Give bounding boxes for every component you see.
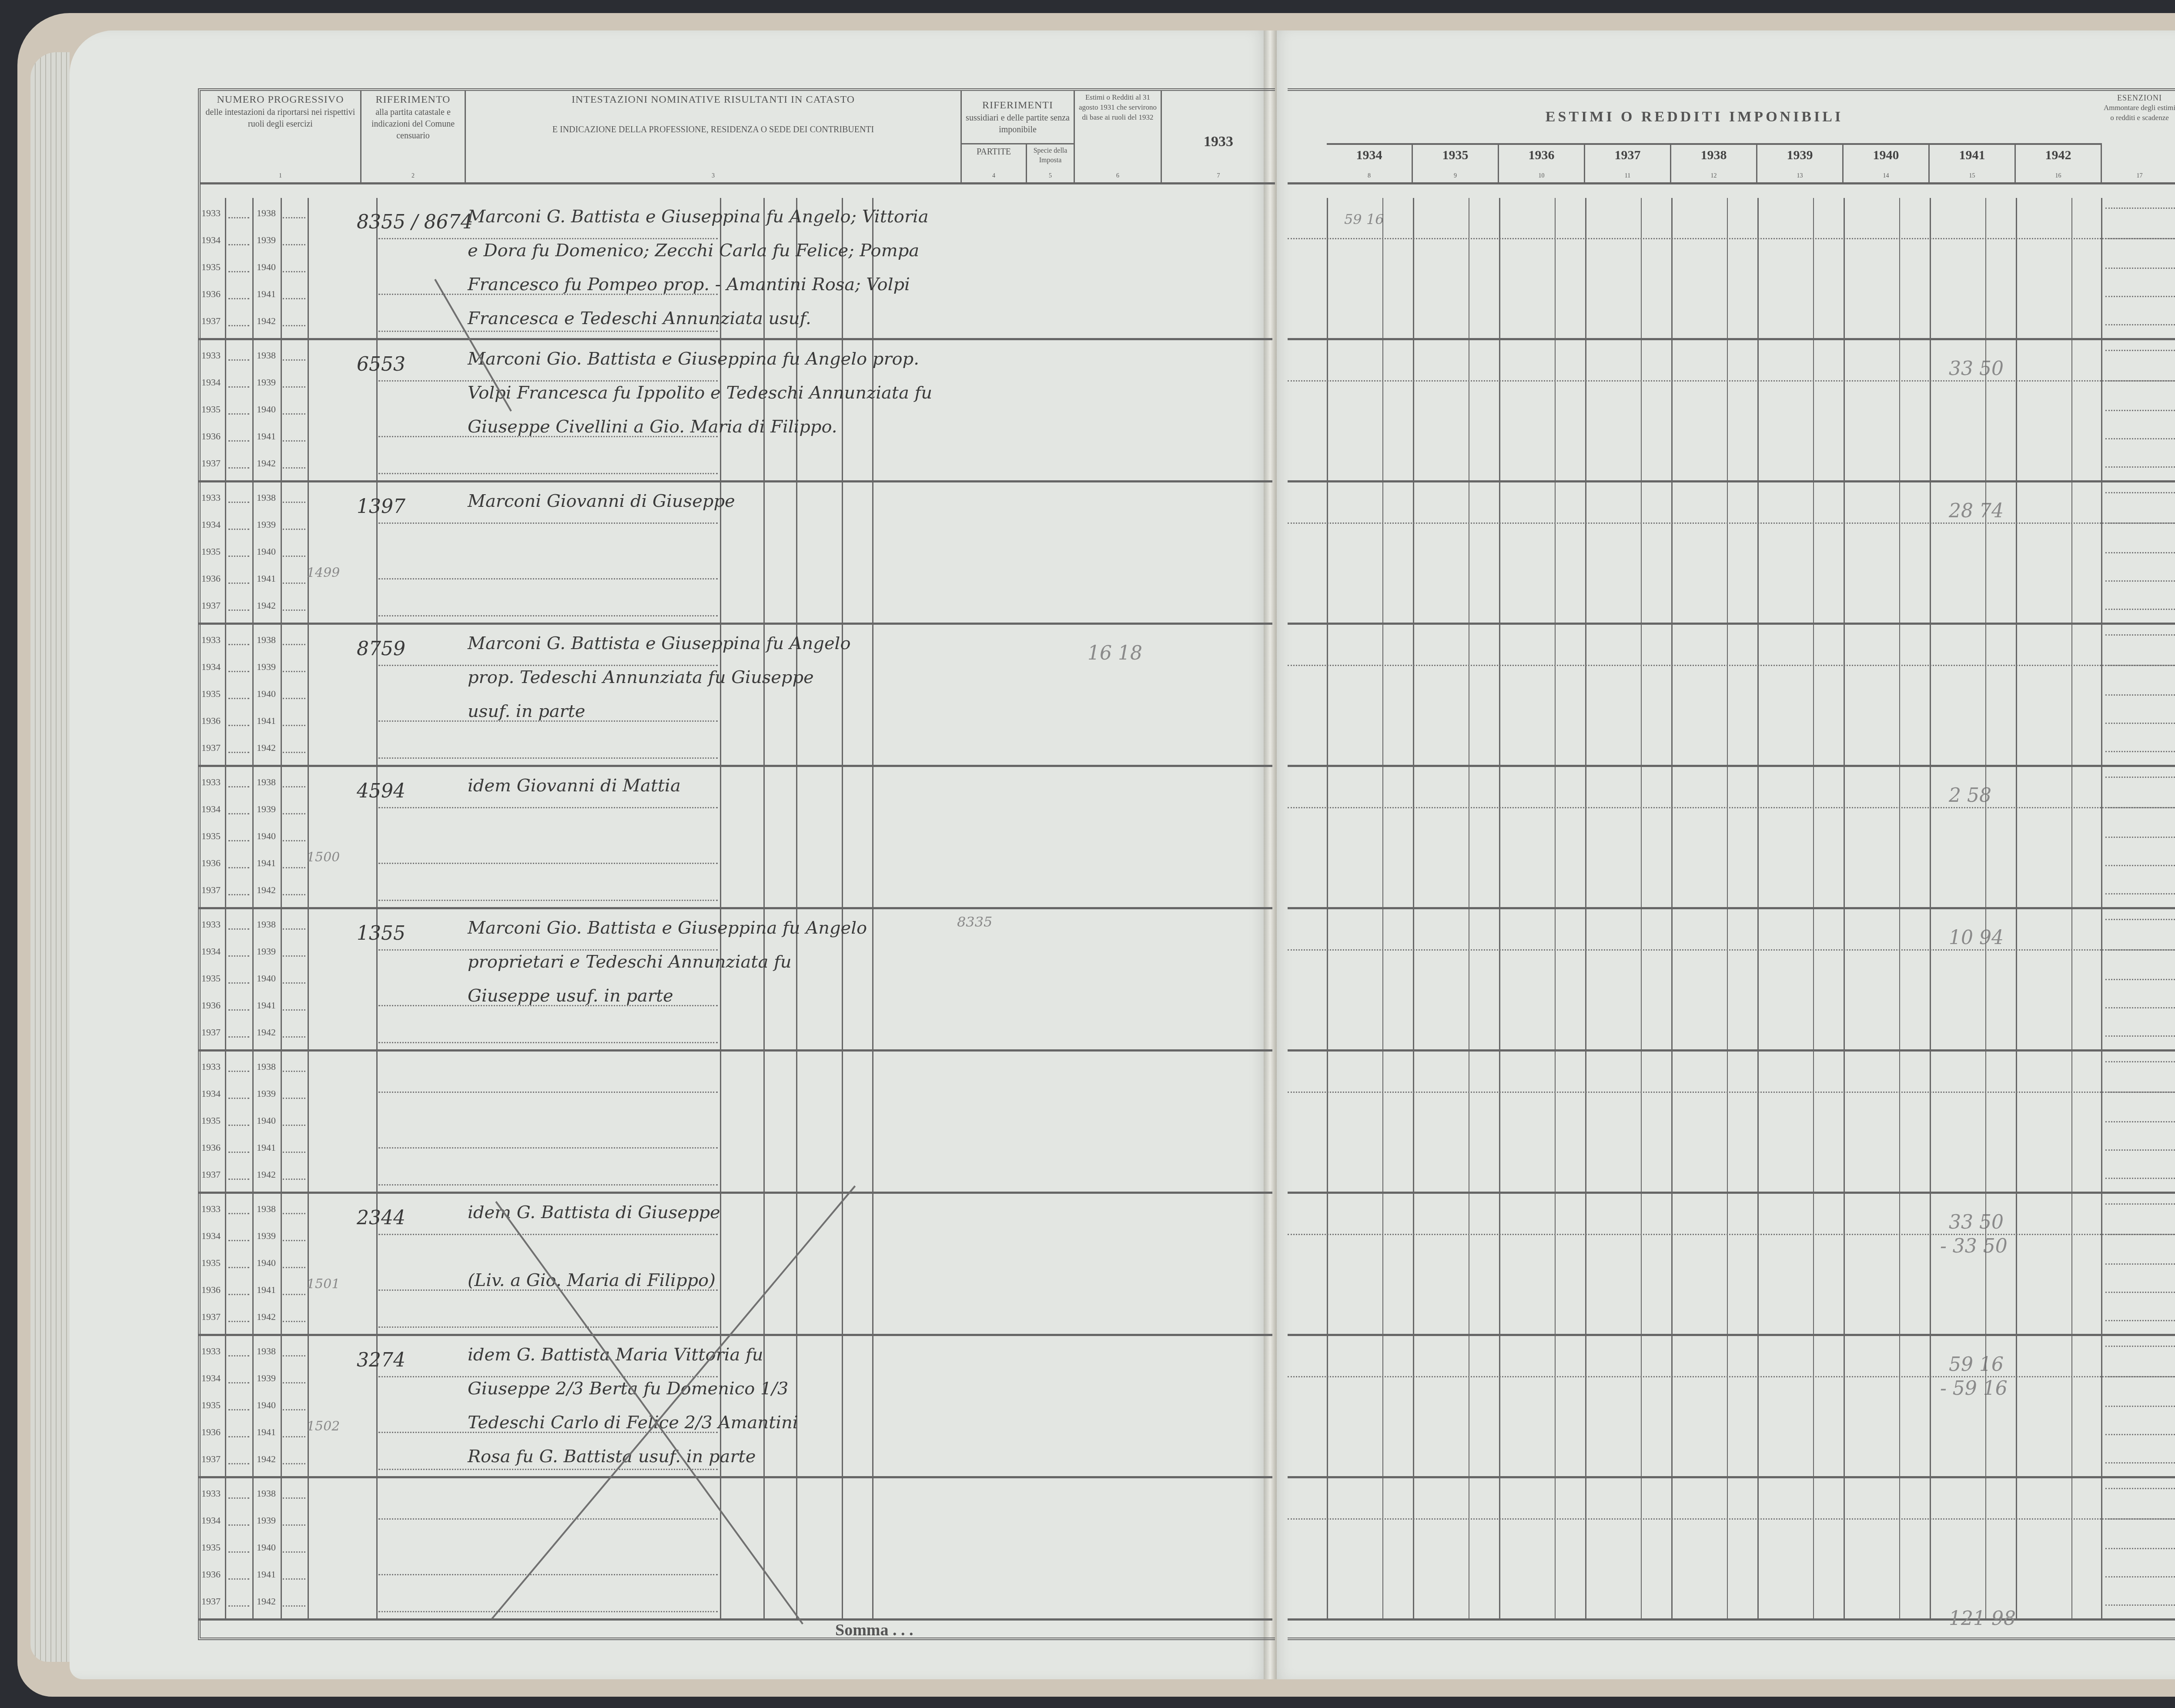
cents-rule	[1727, 1478, 1728, 1618]
register-entry-amounts	[1288, 340, 2175, 482]
exemption-line	[2105, 1346, 2175, 1347]
year-label: 1938	[257, 1488, 276, 1499]
header-year-1940: 194014	[1844, 143, 1930, 182]
column-rule	[225, 767, 226, 907]
dotted-rule	[228, 982, 249, 984]
exemption-line	[2105, 1234, 2175, 1235]
column-rule	[763, 482, 765, 623]
column-rule	[2101, 1194, 2102, 1334]
column-rule	[225, 482, 226, 623]
year-label: 1941	[257, 1142, 276, 1153]
year-label: 1935	[201, 546, 221, 557]
column-rule	[1930, 1336, 1931, 1476]
exemption-line	[2105, 208, 2175, 209]
progressive-number: 1500	[307, 850, 340, 865]
name-line	[378, 578, 718, 579]
cents-rule	[1469, 198, 1469, 338]
year-label: 1940	[257, 688, 276, 700]
dotted-rule	[228, 786, 249, 787]
exemption-line	[2105, 777, 2175, 778]
exemption-line	[2105, 552, 2175, 553]
column-rule	[1413, 198, 1414, 338]
column-rule	[1930, 1478, 1931, 1618]
cents-rule	[1382, 767, 1383, 907]
register-entry: 1933193819341939193519401936194119371942	[198, 1478, 1272, 1621]
cadastral-reference: 6553	[357, 353, 405, 375]
exemption-line	[2105, 865, 2175, 866]
column-rule	[1671, 1194, 1673, 1334]
dotted-rule	[283, 386, 305, 388]
column-rule	[252, 625, 254, 765]
name-line	[378, 1092, 718, 1093]
header-taxable-income-group: ESTIMI O REDDITI IMPONIBILI	[1288, 91, 2101, 143]
cents-rule	[1641, 482, 1642, 623]
column-rule	[796, 1478, 797, 1618]
column-rule	[2101, 1052, 2102, 1192]
column-rule	[1671, 625, 1673, 765]
column-rule	[2016, 1336, 2017, 1476]
year-label: 1934	[201, 946, 221, 957]
column-rule	[1671, 909, 1673, 1049]
cents-rule	[1813, 1052, 1814, 1192]
cents-rule	[1469, 1336, 1469, 1476]
exemption-line	[2105, 1434, 2175, 1435]
name-line	[378, 665, 718, 666]
exemption-line	[2105, 1061, 2175, 1062]
column-rule	[1585, 198, 1586, 338]
cents-rule	[1555, 767, 1556, 907]
dotted-rule	[228, 1213, 249, 1214]
column-rule	[225, 198, 226, 338]
column-rule	[252, 340, 254, 480]
cents-rule	[1985, 340, 1986, 480]
cents-rule	[1813, 1336, 1814, 1476]
amount-line	[1288, 1234, 2175, 1235]
column-rule	[1413, 1336, 1414, 1476]
year-label: 1933	[201, 634, 221, 646]
name-line	[378, 757, 718, 759]
dotted-rule	[283, 359, 305, 361]
column-rule	[763, 767, 765, 907]
year-label: 1936	[201, 573, 221, 584]
cents-rule	[1382, 1194, 1383, 1334]
year-label: 1936	[201, 857, 221, 869]
exemption-line	[2105, 1292, 2175, 1293]
column-rule	[225, 1052, 226, 1192]
holder-name-line: proprietari e Tedeschi Annunziata fu	[468, 952, 792, 972]
column-rule	[1499, 1052, 1500, 1192]
column-rule	[720, 1052, 721, 1192]
column-rule	[225, 1336, 226, 1476]
exemption-line	[2105, 1320, 2175, 1321]
exemption-line	[2105, 609, 2175, 610]
column-rule	[1757, 767, 1759, 907]
column-rule	[281, 625, 282, 765]
header-year-1938: 193812	[1671, 143, 1757, 182]
column-rule	[2016, 767, 2017, 907]
dotted-rule	[283, 867, 305, 868]
year-label: 1937	[201, 1027, 221, 1038]
column-rule	[225, 340, 226, 480]
cents-rule	[1555, 625, 1556, 765]
cents-rule	[1985, 1336, 1986, 1476]
column-rule	[1844, 340, 1845, 480]
year-label: 1940	[257, 546, 276, 557]
dotted-rule	[228, 1294, 249, 1295]
year-label: 1942	[257, 1311, 276, 1323]
dotted-rule	[283, 786, 305, 787]
holder-name-line: Francesca e Tedeschi Annunziata usuf.	[468, 308, 811, 328]
exemption-line	[2105, 1263, 2175, 1265]
dotted-rule	[283, 1355, 305, 1356]
cents-rule	[1469, 767, 1469, 907]
dotted-rule	[283, 1009, 305, 1011]
column-rule	[796, 1052, 797, 1192]
dotted-rule	[283, 1240, 305, 1241]
year-label: 1940	[257, 831, 276, 842]
cents-rule	[1555, 1478, 1556, 1618]
year-label: 1938	[257, 777, 276, 788]
year-label: 1934	[201, 234, 221, 246]
column-rule	[1671, 340, 1673, 480]
dotted-rule	[283, 813, 305, 814]
cents-rule	[1641, 625, 1642, 765]
dotted-rule	[228, 1578, 249, 1580]
name-line	[378, 1147, 718, 1149]
register-entry-amounts	[1288, 767, 2175, 909]
header-year-1939: 193913	[1757, 143, 1844, 182]
column-rule	[308, 1194, 309, 1334]
dotted-rule	[228, 413, 249, 415]
cents-rule	[2071, 198, 2072, 338]
holder-name-line: Marconi Gio. Battista e Giuseppina fu An…	[468, 349, 919, 369]
dotted-rule	[283, 1409, 305, 1410]
year-label: 1940	[257, 1400, 276, 1411]
exemption-line	[2105, 1604, 2175, 1606]
year-label: 1941	[257, 288, 276, 300]
column-rule	[1499, 625, 1500, 765]
header-progressive-number: NUMERO PROGRESSIVO delle intestazioni da…	[201, 91, 361, 182]
column-rule	[1844, 767, 1845, 907]
page-edges-left	[30, 52, 70, 1662]
column-rule	[1327, 909, 1328, 1049]
column-rule	[281, 340, 282, 480]
year-label: 1936	[201, 288, 221, 300]
dotted-rule	[228, 752, 249, 753]
exemption-line	[2105, 1518, 2175, 1520]
cents-rule	[1899, 909, 1900, 1049]
exemption-line	[2105, 1007, 2175, 1008]
column-rule	[1499, 1194, 1500, 1334]
holder-name-line: Francesco fu Pompeo prop. - Amantini Ros…	[468, 275, 910, 295]
dotted-rule	[228, 671, 249, 672]
cents-rule	[1899, 1336, 1900, 1476]
column-rule	[308, 1052, 309, 1192]
dotted-rule	[228, 1009, 249, 1011]
dotted-rule	[283, 1605, 305, 1607]
dotted-rule	[283, 698, 305, 699]
column-rule	[763, 1336, 765, 1476]
exemption-line	[2105, 492, 2175, 493]
cadastral-reference: 8759	[357, 638, 405, 660]
year-label: 1935	[201, 404, 221, 415]
column-rule	[1499, 1336, 1500, 1476]
header-cadastral-reference: RIFERIMENTO alla partita catastale e ind…	[361, 91, 466, 182]
name-line	[378, 1518, 718, 1520]
column-rule	[1585, 767, 1586, 907]
column-rule	[842, 1052, 843, 1192]
cents-rule	[1469, 340, 1469, 480]
column-rule	[1930, 1052, 1931, 1192]
dotted-rule	[228, 244, 249, 245]
year-label: 1939	[257, 1515, 276, 1526]
column-rule	[2101, 1336, 2102, 1476]
header-estimates-1931: Estimi o Redditi al 31 agosto 1931 che s…	[1075, 91, 1162, 182]
cents-rule	[1555, 909, 1556, 1049]
exemption-line	[2105, 1488, 2175, 1489]
column-rule	[308, 482, 309, 623]
column-rule	[281, 1194, 282, 1334]
header-separator	[201, 182, 1275, 184]
dotted-rule	[283, 1578, 305, 1580]
column-rule	[308, 1478, 309, 1618]
cents-rule	[1985, 198, 1986, 338]
year-label: 1935	[201, 973, 221, 984]
dotted-rule	[228, 556, 249, 557]
column-rule	[281, 1478, 282, 1618]
column-rule	[1844, 625, 1845, 765]
exemption-line	[2105, 807, 2175, 808]
dotted-rule	[228, 502, 249, 503]
dotted-rule	[228, 725, 249, 726]
column-rule	[1327, 1194, 1328, 1334]
dotted-rule	[228, 529, 249, 530]
dotted-rule	[228, 1463, 249, 1464]
column-rule	[1844, 1194, 1845, 1334]
sum-label: Somma . . .	[835, 1621, 913, 1640]
column-rule	[1930, 482, 1931, 623]
cents-rule	[1382, 482, 1383, 623]
exemption-line	[2105, 380, 2175, 382]
column-rule	[2101, 909, 2102, 1049]
column-rule	[1327, 1336, 1328, 1476]
dotted-rule	[283, 1524, 305, 1526]
register-entry-amounts	[1288, 198, 2175, 340]
cents-rule	[1899, 1478, 1900, 1618]
cents-rule	[1555, 1194, 1556, 1334]
cents-rule	[2071, 1194, 2072, 1334]
exemption-line	[2105, 1203, 2175, 1205]
column-rule	[1757, 625, 1759, 765]
year-label: 1936	[201, 1284, 221, 1296]
dotted-rule	[228, 1098, 249, 1099]
exemption-line	[2105, 949, 2175, 951]
exemption-line	[2105, 580, 2175, 582]
column-rule	[1413, 340, 1414, 480]
holder-name-line: Marconi G. Battista e Giuseppina fu Ange…	[468, 633, 851, 653]
header-year-1942: 194216	[2016, 143, 2102, 182]
exemption-line	[2105, 1462, 2175, 1464]
exemption-line	[2105, 1548, 2175, 1549]
exemption-line	[2105, 1376, 2175, 1377]
dotted-rule	[228, 955, 249, 957]
column-rule	[308, 340, 309, 480]
year-label: 1937	[201, 1596, 221, 1607]
cents-rule	[2071, 625, 2072, 765]
column-rule	[252, 909, 254, 1049]
column-rule	[2101, 340, 2102, 480]
header-separator	[1288, 182, 2175, 184]
column-rule	[252, 198, 254, 338]
cents-rule	[1727, 482, 1728, 623]
dotted-rule	[228, 1382, 249, 1383]
column-rule	[842, 1478, 843, 1618]
column-rule	[1327, 1478, 1328, 1618]
dotted-rule	[228, 1409, 249, 1410]
year-label: 1937	[201, 1311, 221, 1323]
dotted-rule	[283, 840, 305, 841]
column-rule	[1844, 1052, 1845, 1192]
year-label: 1939	[257, 1373, 276, 1384]
cents-rule	[1985, 482, 1986, 623]
year-label: 1937	[201, 458, 221, 469]
dotted-rule	[283, 955, 305, 957]
exemption-line	[2105, 1178, 2175, 1179]
cents-rule	[1985, 1194, 1986, 1334]
cadastral-reference: 8355 / 8674	[357, 211, 473, 233]
year-label: 1939	[257, 234, 276, 246]
dotted-rule	[283, 583, 305, 584]
exemption-line	[2105, 979, 2175, 980]
year-label: 1936	[201, 1142, 221, 1153]
year-label: 1939	[257, 1230, 276, 1242]
year-label: 1939	[257, 377, 276, 388]
cents-rule	[1641, 909, 1642, 1049]
column-rule	[281, 1052, 282, 1192]
dotted-rule	[228, 894, 249, 895]
cents-rule	[1727, 1052, 1728, 1192]
dotted-rule	[283, 1382, 305, 1383]
amount-line	[1288, 1518, 2175, 1520]
year-label: 1937	[201, 884, 221, 896]
column-rule	[872, 1336, 873, 1476]
dotted-rule	[228, 467, 249, 469]
column-rule	[1671, 1052, 1673, 1192]
dotted-rule	[228, 386, 249, 388]
year-label: 1936	[201, 431, 221, 442]
cents-rule	[1382, 625, 1383, 765]
name-line	[378, 615, 718, 616]
dotted-rule	[283, 752, 305, 753]
year-label: 1941	[257, 1284, 276, 1296]
column-rule	[1499, 1478, 1500, 1618]
dotted-rule	[228, 610, 249, 611]
column-rule	[1585, 1478, 1586, 1618]
amount-line	[1288, 522, 2175, 524]
dotted-rule	[283, 1071, 305, 1072]
column-rule	[1757, 1194, 1759, 1334]
exemption-line	[2105, 1121, 2175, 1122]
dotted-rule	[283, 894, 305, 895]
column-rule	[281, 482, 282, 623]
exemption-line	[2105, 1149, 2175, 1151]
year-label: 1937	[201, 1169, 221, 1180]
dotted-rule	[283, 1463, 305, 1464]
dotted-rule	[228, 325, 249, 326]
year-label: 1934	[201, 661, 221, 673]
dotted-rule	[228, 928, 249, 930]
column-rule	[1499, 482, 1500, 623]
holder-name-line: Marconi G. Battista e Giuseppina fu Ange…	[468, 207, 929, 227]
cents-rule	[1813, 340, 1814, 480]
column-rule	[308, 909, 309, 1049]
column-rule	[796, 767, 797, 907]
exemption-line	[2105, 238, 2175, 239]
column-rule	[763, 1194, 765, 1334]
dotted-rule	[283, 1436, 305, 1437]
column-rule	[1413, 767, 1414, 907]
holder-name-line: Marconi Giovanni di Giuseppe	[468, 491, 735, 511]
column-rule	[1413, 909, 1414, 1049]
dotted-rule	[228, 1551, 249, 1553]
dotted-rule	[283, 1036, 305, 1038]
year-label: 1934	[201, 1515, 221, 1526]
column-rule	[872, 909, 873, 1049]
year-label: 1940	[257, 1542, 276, 1553]
dotted-rule	[283, 1551, 305, 1553]
column-rule	[1499, 340, 1500, 480]
year-label: 1938	[257, 350, 276, 361]
column-rule	[1327, 625, 1328, 765]
header-exemptions: ESENZIONI Ammontare degli estimi o reddi…	[2101, 91, 2175, 182]
cadastral-reference: 3274	[357, 1349, 405, 1371]
dotted-rule	[283, 440, 305, 442]
column-rule	[1585, 1052, 1586, 1192]
exemption-line	[2105, 665, 2175, 666]
name-line	[378, 1611, 718, 1612]
column-rule	[308, 1336, 309, 1476]
column-rule	[2016, 1194, 2017, 1334]
cents-rule	[2071, 767, 2072, 907]
dotted-rule	[228, 298, 249, 299]
dotted-rule	[283, 556, 305, 557]
column-rule	[252, 767, 254, 907]
dotted-rule	[228, 840, 249, 841]
dotted-rule	[283, 1152, 305, 1153]
column-rule	[1585, 625, 1586, 765]
exemption-line	[2105, 751, 2175, 752]
year-label: 1933	[201, 492, 221, 503]
name-line	[378, 1042, 718, 1043]
cents-rule	[1382, 1052, 1383, 1192]
dotted-rule	[283, 1098, 305, 1099]
year-label: 1942	[257, 315, 276, 327]
dotted-rule	[228, 1605, 249, 1607]
year-label: 1933	[201, 350, 221, 361]
column-rule	[1671, 1336, 1673, 1476]
progressive-number: 1502	[307, 1419, 340, 1434]
dotted-rule	[228, 867, 249, 868]
cents-rule	[1899, 1052, 1900, 1192]
dotted-rule	[228, 1497, 249, 1499]
column-rule	[1327, 482, 1328, 623]
cents-rule	[1382, 1336, 1383, 1476]
dotted-rule	[283, 1294, 305, 1295]
column-rule	[1844, 909, 1845, 1049]
column-rule	[1844, 198, 1845, 338]
column-rule	[1327, 1052, 1328, 1192]
cents-rule	[1555, 198, 1556, 338]
